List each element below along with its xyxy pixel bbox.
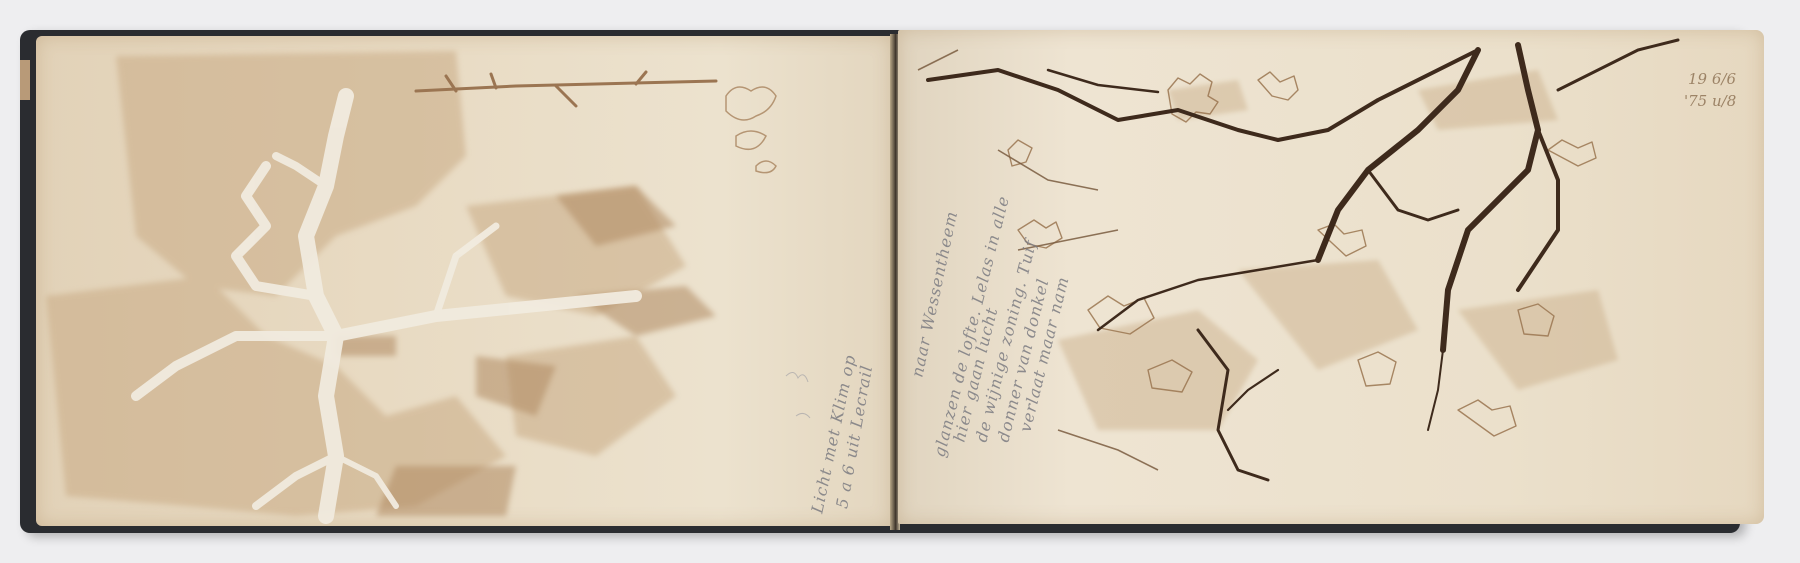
cover-worn-edge (20, 60, 30, 100)
right-corner-note-2: '75 u/8 (1684, 92, 1736, 110)
right-corner-note-1: 19 6/6 (1688, 70, 1736, 88)
left-page: Licht met Klim op 5 a 6 uit Lecrail (36, 36, 892, 526)
right-page: naar Wessentheem glanzen de lofte. Lelas… (898, 30, 1764, 524)
watercolor-tree-study (36, 36, 892, 526)
